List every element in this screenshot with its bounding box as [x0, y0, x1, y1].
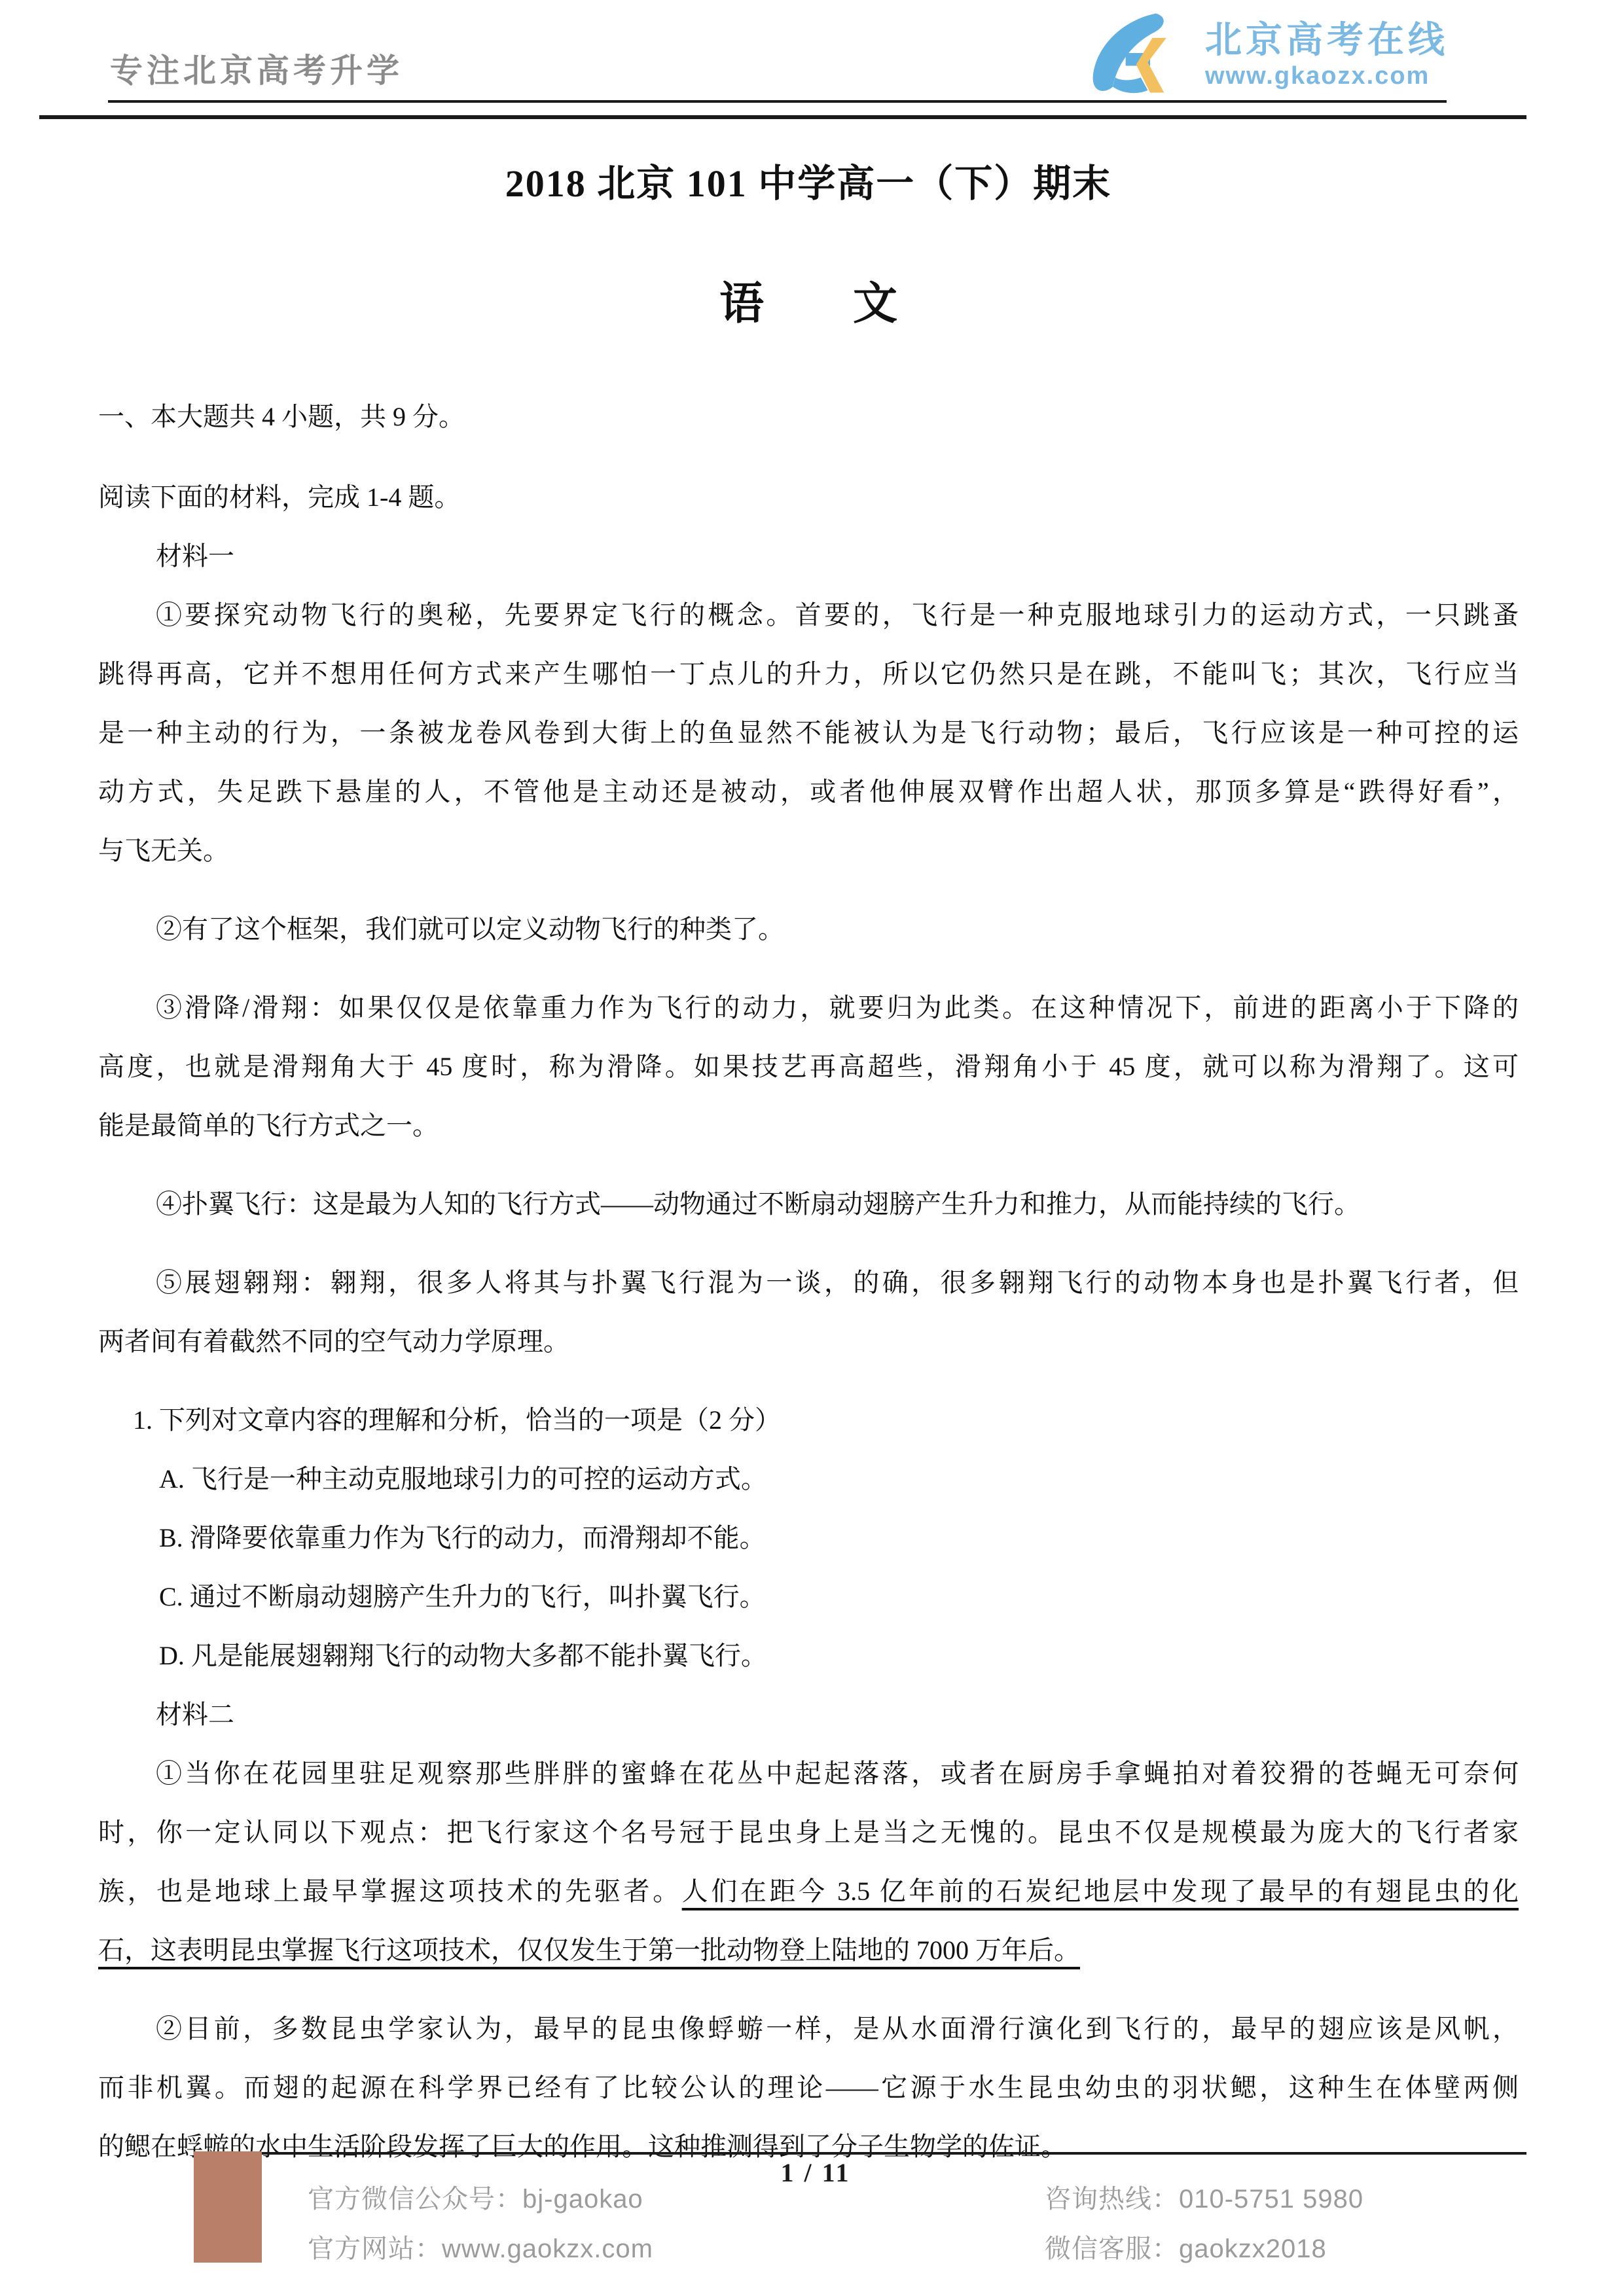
- question1-option-b: B. 滑降要依靠重力作为飞行的动力，而滑翔却不能。: [159, 1509, 1519, 1568]
- section-heading: 一、本大题共 4 小题，共 9 分。: [98, 387, 1519, 446]
- brand-logo: 北京高考在线 www.gkaozx.com: [1087, 12, 1449, 98]
- material1-paragraph3-line: ③滑降/滑翔：如果仅仅是依靠重力作为飞行的动力，就要归为此类。在这种情况下，前进…: [98, 978, 1519, 1037]
- material1-paragraph5-line: ⑤展翅翱翔：翱翔，很多人将其与扑翼飞行混为一谈，的确，很多翱翔飞行的动物本身也是…: [98, 1253, 1519, 1312]
- question1-option-a: A. 飞行是一种主动克服地球引力的可控的运动方式。: [159, 1450, 1519, 1509]
- material1-paragraph3-line: 高度，也就是滑翔角大于 45 度时，称为滑降。如果技艺再高超些，滑翔角小于 45…: [98, 1037, 1519, 1096]
- material1-paragraph1-line: 是一种主动的行为，一条被龙卷风卷到大街上的鱼显然不能被认为是飞行动物；最后，飞行…: [98, 704, 1519, 762]
- material2-label: 材料二: [156, 1685, 1519, 1744]
- document-body: 2018 北京 101 中学高一（下）期末 语 文 一、本大题共 4 小题，共 …: [0, 160, 1624, 2176]
- footer-website: 官方网站：www.gaokzx.com: [308, 2221, 653, 2271]
- question1-stem: 1. 下列对文章内容的理解和分析，恰当的一项是（2 分）: [133, 1391, 1519, 1450]
- underlined-text-segment: 人们在距今 3.5 亿年前的石炭纪地层中发现了最早的有翅昆虫的化: [682, 1876, 1519, 1906]
- material1-paragraph1-line: 动方式，失足跌下悬崖的人，不管他是主动还是被动，或者他伸展双臂作出超人状，那顶多…: [98, 762, 1519, 821]
- header-rule-lower: [39, 115, 1526, 119]
- material2-paragraph1-line: 族，也是地球上最早掌握这项技术的先驱者。人们在距今 3.5 亿年前的石炭纪地层中…: [98, 1862, 1519, 1921]
- header-tagline: 专注北京高考升学: [110, 45, 403, 92]
- brand-name: 北京高考在线: [1205, 19, 1449, 61]
- question1-option-d: D. 凡是能展翅翱翔飞行的动物大多都不能扑翼飞行。: [159, 1626, 1519, 1685]
- header-rule-upper: [108, 100, 1447, 103]
- subject-title: 语 文: [98, 278, 1519, 330]
- page-header: 专注北京高考升学 北京高考在线 www.gkaozx.com: [0, 0, 1624, 118]
- material1-paragraph1-line: ①要探究动物飞行的奥秘，先要界定飞行的概念。首要的，飞行是一种克服地球引力的运动…: [98, 586, 1519, 645]
- footer-divider: [194, 2152, 1526, 2155]
- material1-paragraph3-line: 能是最简单的飞行方式之一。: [98, 1096, 1519, 1155]
- material2-paragraph2-line: 而非机翼。而翅的起源在科学界已经有了比较公认的理论——它源于水生昆虫幼虫的羽状鳃…: [98, 2058, 1519, 2117]
- material2-paragraph2-line: ②目前，多数昆虫学家认为，最早的昆虫像蜉蝣一样，是从水面滑行演化到飞行的，最早的…: [98, 2000, 1519, 2058]
- brand-website: www.gkaozx.com: [1205, 61, 1430, 91]
- material1-paragraph2: ②有了这个框架，我们就可以定义动物飞行的种类了。: [98, 900, 1519, 959]
- gk-logo-icon: [1087, 12, 1192, 98]
- footer-hotline: 咨询热线：010-5751 5980: [1045, 2172, 1363, 2221]
- reading-instruction: 阅读下面的材料，完成 1-4 题。: [98, 468, 1519, 527]
- brand-text-block: 北京高考在线 www.gkaozx.com: [1205, 19, 1449, 91]
- footer-right-column: 咨询热线：010-5751 5980 微信客服：gaokzx2018: [1045, 2172, 1363, 2271]
- material2-paragraph1-line: 时，你一定认同以下观点：把飞行家这个名号冠于昆虫身上是当之无愧的。昆虫不仅是规模…: [98, 1803, 1519, 1862]
- material1-paragraph1-line: 与飞无关。: [98, 821, 1519, 880]
- footer-wechat-service: 微信客服：gaokzx2018: [1045, 2221, 1363, 2271]
- material1-label: 材料一: [156, 527, 1519, 586]
- question1-option-c: C. 通过不断扇动翅膀产生升力的飞行，叫扑翼飞行。: [159, 1568, 1519, 1626]
- plain-text-segment: 族，也是地球上最早掌握这项技术的先驱者。: [98, 1876, 682, 1906]
- exam-title: 2018 北京 101 中学高一（下）期末: [98, 160, 1519, 208]
- material2-paragraph1-line: 石，这表明昆虫掌握飞行这项技术，仅仅发生于第一批动物登上陆地的 7000 万年后…: [98, 1921, 1519, 1980]
- material1-paragraph1-line: 跳得再高，它并不想用任何方式来产生哪怕一丁点儿的升力，所以它仍然只是在跳，不能叫…: [98, 645, 1519, 704]
- material1-paragraph4: ④扑翼飞行：这是最为人知的飞行方式——动物通过不断扇动翅膀产生升力和推力，从而能…: [98, 1175, 1519, 1234]
- footer-left-column: 官方微信公众号：bj-gaokao 官方网站：www.gaokzx.com: [308, 2172, 653, 2271]
- footer-accent-block: [194, 2151, 262, 2263]
- footer-wechat-official: 官方微信公众号：bj-gaokao: [308, 2172, 653, 2221]
- exam-paper-page: 专注北京高考升学 北京高考在线 www.gkaozx.com 2018: [0, 0, 1624, 2296]
- material2-paragraph1-line: ①当你在花园里驻足观察那些胖胖的蜜蜂在花丛中起起落落，或者在厨房手拿蝇拍对着狡猾…: [98, 1744, 1519, 1803]
- underlined-text-segment: 石，这表明昆虫掌握飞行这项技术，仅仅发生于第一批动物登上陆地的 7000 万年后…: [98, 1935, 1080, 1965]
- material1-paragraph5-line: 两者间有着截然不同的空气动力学原理。: [98, 1312, 1519, 1371]
- page-indicator: 1 / 11: [717, 2157, 914, 2188]
